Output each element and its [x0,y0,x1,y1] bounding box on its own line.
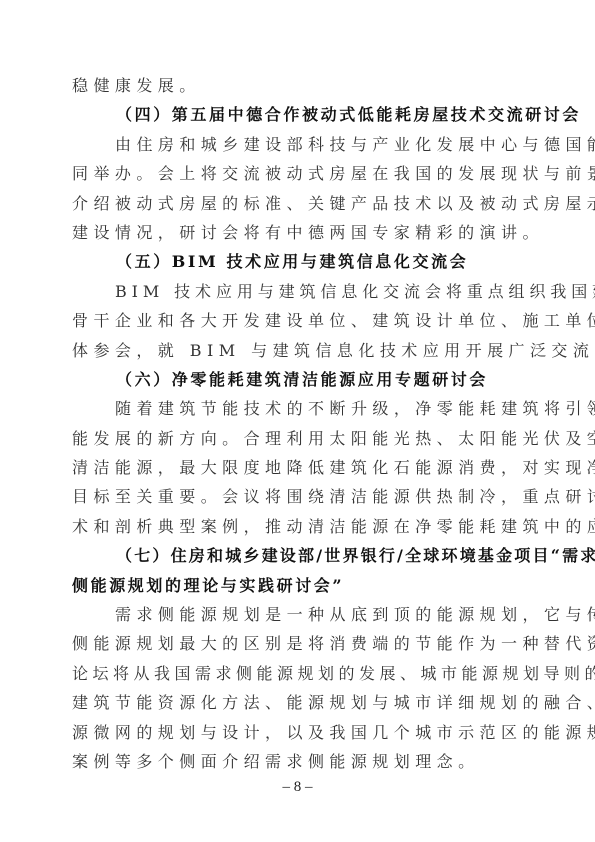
text-line: 稳健康发展。 [72,71,524,100]
text-line: 案例等多个侧面介绍需求侧能源规划理念。 [72,747,524,776]
text-line: 目标至关重要。会议将围绕清洁能源供热制冷，重点研讨关键技 [72,482,524,511]
section-heading-4: （四）第五届中德合作被动式低能耗房屋技术交流研讨会 [72,100,524,129]
text-line: 源微网的规划与设计，以及我国几个城市示范区的能源规划实践 [72,718,524,747]
text-line: 需求侧能源规划是一种从底到顶的能源规划，它与传统供应 [72,600,524,629]
page-number: – 8 – [0,779,595,796]
text-line: 随着建筑节能技术的不断升级，净零能耗建筑将引领建筑节 [72,394,524,423]
text-line: 论坛将从我国需求侧能源规划的发展、城市能源规划导则的建立、 [72,659,524,688]
section-heading-7: （七）住房和城乡建设部/世界银行/全球环境基金项目“需求 [72,541,524,570]
text-line: 同举办。会上将交流被动式房屋在我国的发展现状与前景，重点 [72,159,524,188]
section-heading-7-continued: 侧能源规划的理论与实践研讨会” [72,571,524,600]
text-line: 术和剖析典型案例，推动清洁能源在净零能耗建筑中的应用。 [72,512,524,541]
text-line: BIM 技术应用与建筑信息化交流会将重点组织我国建设科技 [72,277,524,306]
text-line: 建设情况，研讨会将有中德两国专家精彩的演讲。 [72,218,524,247]
text-line: 能发展的新方向。合理利用太阳能光热、太阳能光伏及空气源等 [72,424,524,453]
text-line: 由住房和城乡建设部科技与产业化发展中心与德国能源署共 [72,130,524,159]
section-heading-5: （五）BIM 技术应用与建筑信息化交流会 [72,247,524,276]
document-page: 稳健康发展。 （四）第五届中德合作被动式低能耗房屋技术交流研讨会 由住房和城乡建… [72,71,524,776]
text-line: 清洁能源，最大限度地降低建筑化石能源消费，对实现净零能耗 [72,453,524,482]
text-line: 建筑节能资源化方法、能源规划与城市详细规划的融合、城区能 [72,688,524,717]
text-line: 介绍被动式房屋的标准、关键产品技术以及被动式房屋示范工程 [72,189,524,218]
section-heading-6: （六）净零能耗建筑清洁能源应用专题研讨会 [72,365,524,394]
text-line: 侧能源规划最大的区别是将消费端的节能作为一种替代资源。本 [72,629,524,658]
text-line: 体参会，就 BIM 与建筑信息化技术应用开展广泛交流。 [72,336,524,365]
text-line: 骨干企业和各大开发建设单位、建筑设计单位、施工单位总工群 [72,306,524,335]
